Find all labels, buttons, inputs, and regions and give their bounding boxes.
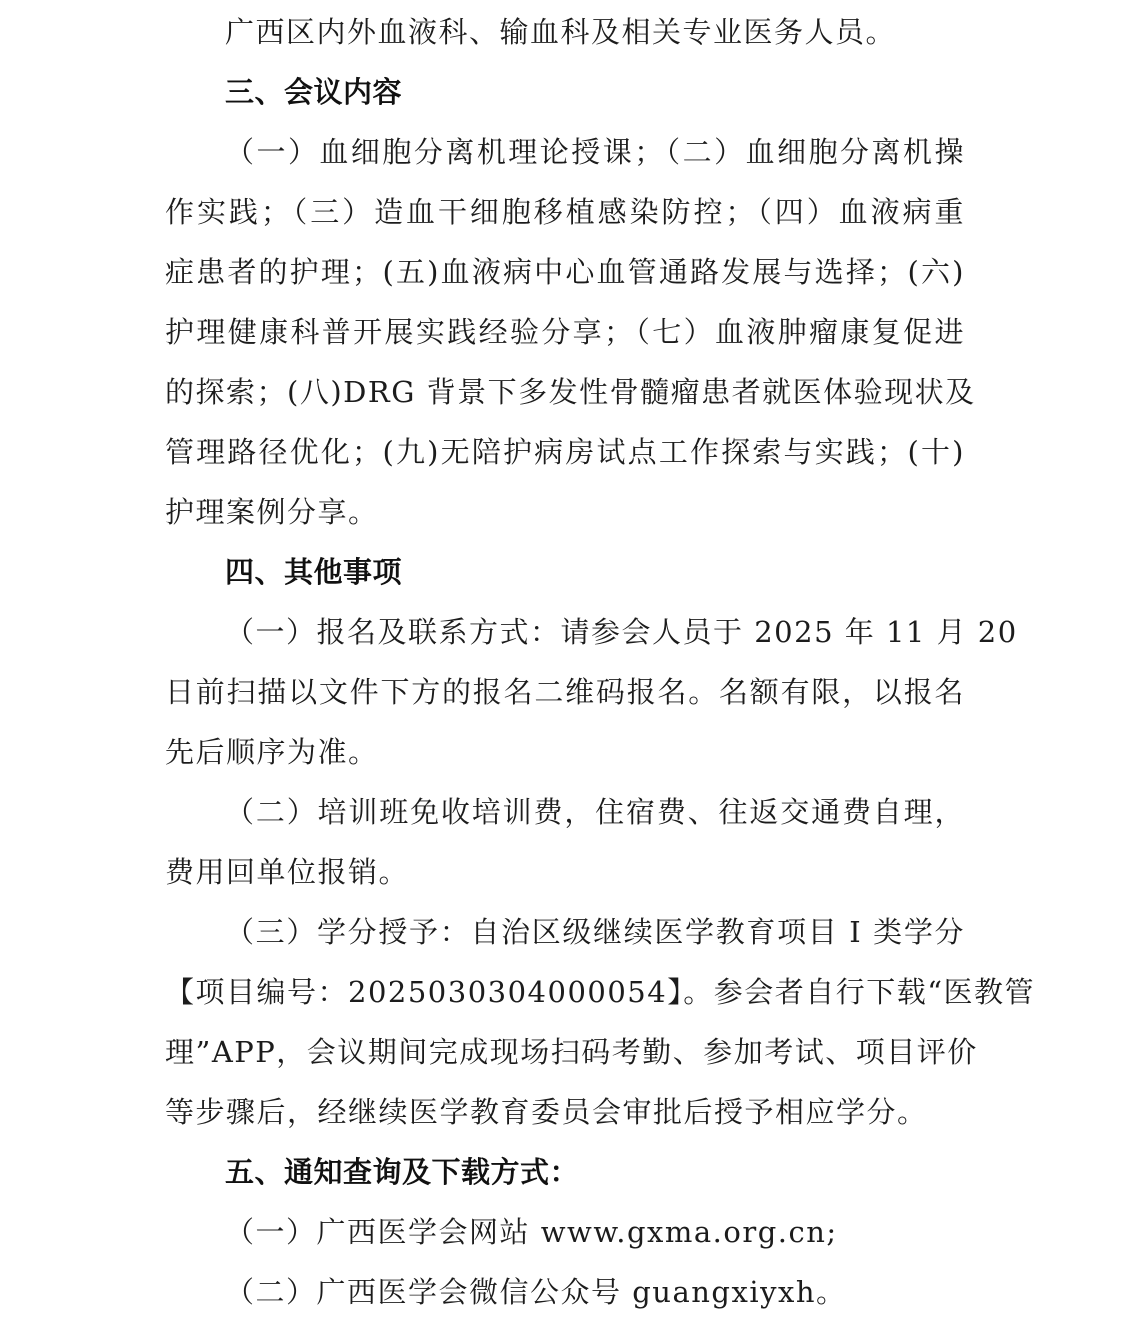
meeting-content-line-1: （一）血细胞分离机理论授课；（二）血细胞分离机操: [225, 122, 965, 182]
fees-line-2: 费用回单位报销。: [165, 842, 965, 902]
registration-line-1: （一）报名及联系方式：请参会人员于 2025 年 11 月 20: [225, 602, 965, 662]
credit-line-1: （三）学分授予：自治区级继续医学教育项目 I 类学分: [225, 902, 965, 962]
meeting-content-line-2: 作实践；（三）造血干细胞移植感染防控；（四）血液病重: [165, 182, 965, 242]
attendee-scope-text: 广西区内外血液科、输血科及相关专业医务人员。: [225, 2, 965, 62]
section-heading-notice-download: 五、通知查询及下载方式：: [225, 1142, 579, 1202]
wechat-line: （二）广西医学会微信公众号 guangxiyxh。: [225, 1262, 965, 1322]
meeting-content-line-6: 管理路径优化；(九)无陪护病房试点工作探索与实践；(十): [165, 422, 965, 482]
meeting-content-line-3: 症患者的护理；(五)血液病中心血管通路发展与选择；(六): [165, 242, 965, 302]
section-heading-other-matters: 四、其他事项: [225, 542, 402, 602]
meeting-content-line-4: 护理健康科普开展实践经验分享；（七）血液肿瘤康复促进: [165, 302, 965, 362]
credit-line-3: 理”APP，会议期间完成现场扫码考勤、参加考试、项目评价: [165, 1022, 965, 1082]
fees-line-1: （二）培训班免收培训费，住宿费、往返交通费自理，: [225, 782, 965, 842]
website-line: （一）广西医学会网站 www.gxma.org.cn;: [225, 1202, 965, 1262]
section-heading-meeting-content: 三、会议内容: [225, 62, 402, 122]
credit-line-2: 【项目编号：2025030304000054】。参会者自行下载“医教管: [165, 962, 965, 1022]
registration-line-2: 日前扫描以文件下方的报名二维码报名。名额有限，以报名: [165, 662, 965, 722]
meeting-content-line-7: 护理案例分享。: [165, 482, 965, 542]
meeting-content-line-5: 的探索；(八)DRG 背景下多发性骨髓瘤患者就医体验现状及: [165, 362, 965, 422]
credit-line-4: 等步骤后，经继续医学教育委员会审批后授予相应学分。: [165, 1082, 965, 1142]
registration-line-3: 先后顺序为准。: [165, 722, 965, 782]
